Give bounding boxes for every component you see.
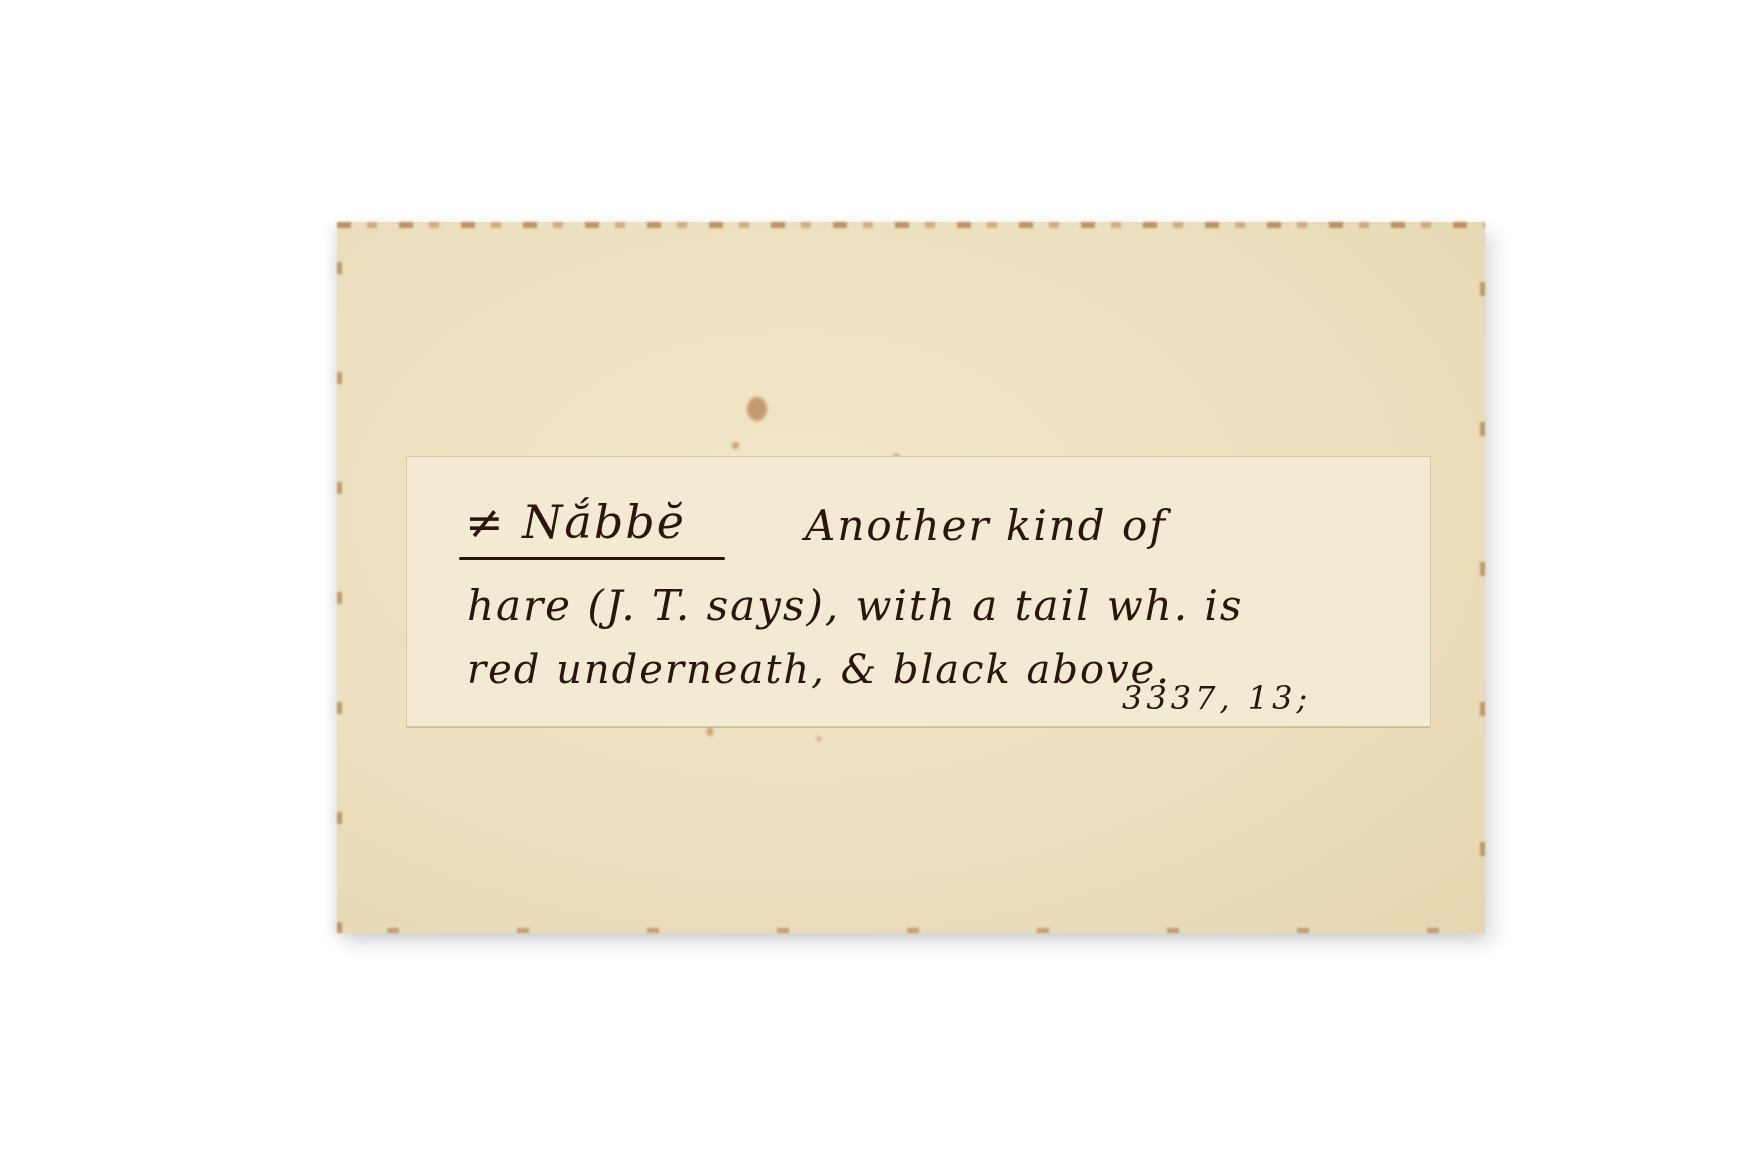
foxing-spot — [817, 737, 821, 741]
pasted-slip: ≠ Nắbbĕ Another kind of hare (J. T. say… — [406, 456, 1431, 727]
catalog-number: 3337, 13; — [1122, 679, 1311, 717]
headword: ≠ Nắbbĕ — [465, 495, 686, 549]
definition-line-1: Another kind of — [805, 501, 1167, 550]
card-edge-staining — [337, 928, 1485, 933]
foxing-spot — [732, 442, 739, 449]
foxing-spot — [707, 727, 713, 736]
foxing-spot — [747, 397, 767, 421]
note-card: ≠ Nắbbĕ Another kind of hare (J. T. say… — [337, 222, 1485, 933]
definition-line-3: red underneath, & black above. — [467, 647, 1171, 693]
card-edge-staining — [1480, 222, 1485, 933]
headword-underline — [459, 557, 725, 560]
card-edge-staining — [337, 222, 342, 933]
definition-line-2: hare (J. T. says), with a tail wh. is — [467, 581, 1243, 630]
card-edge-staining — [337, 222, 1485, 228]
